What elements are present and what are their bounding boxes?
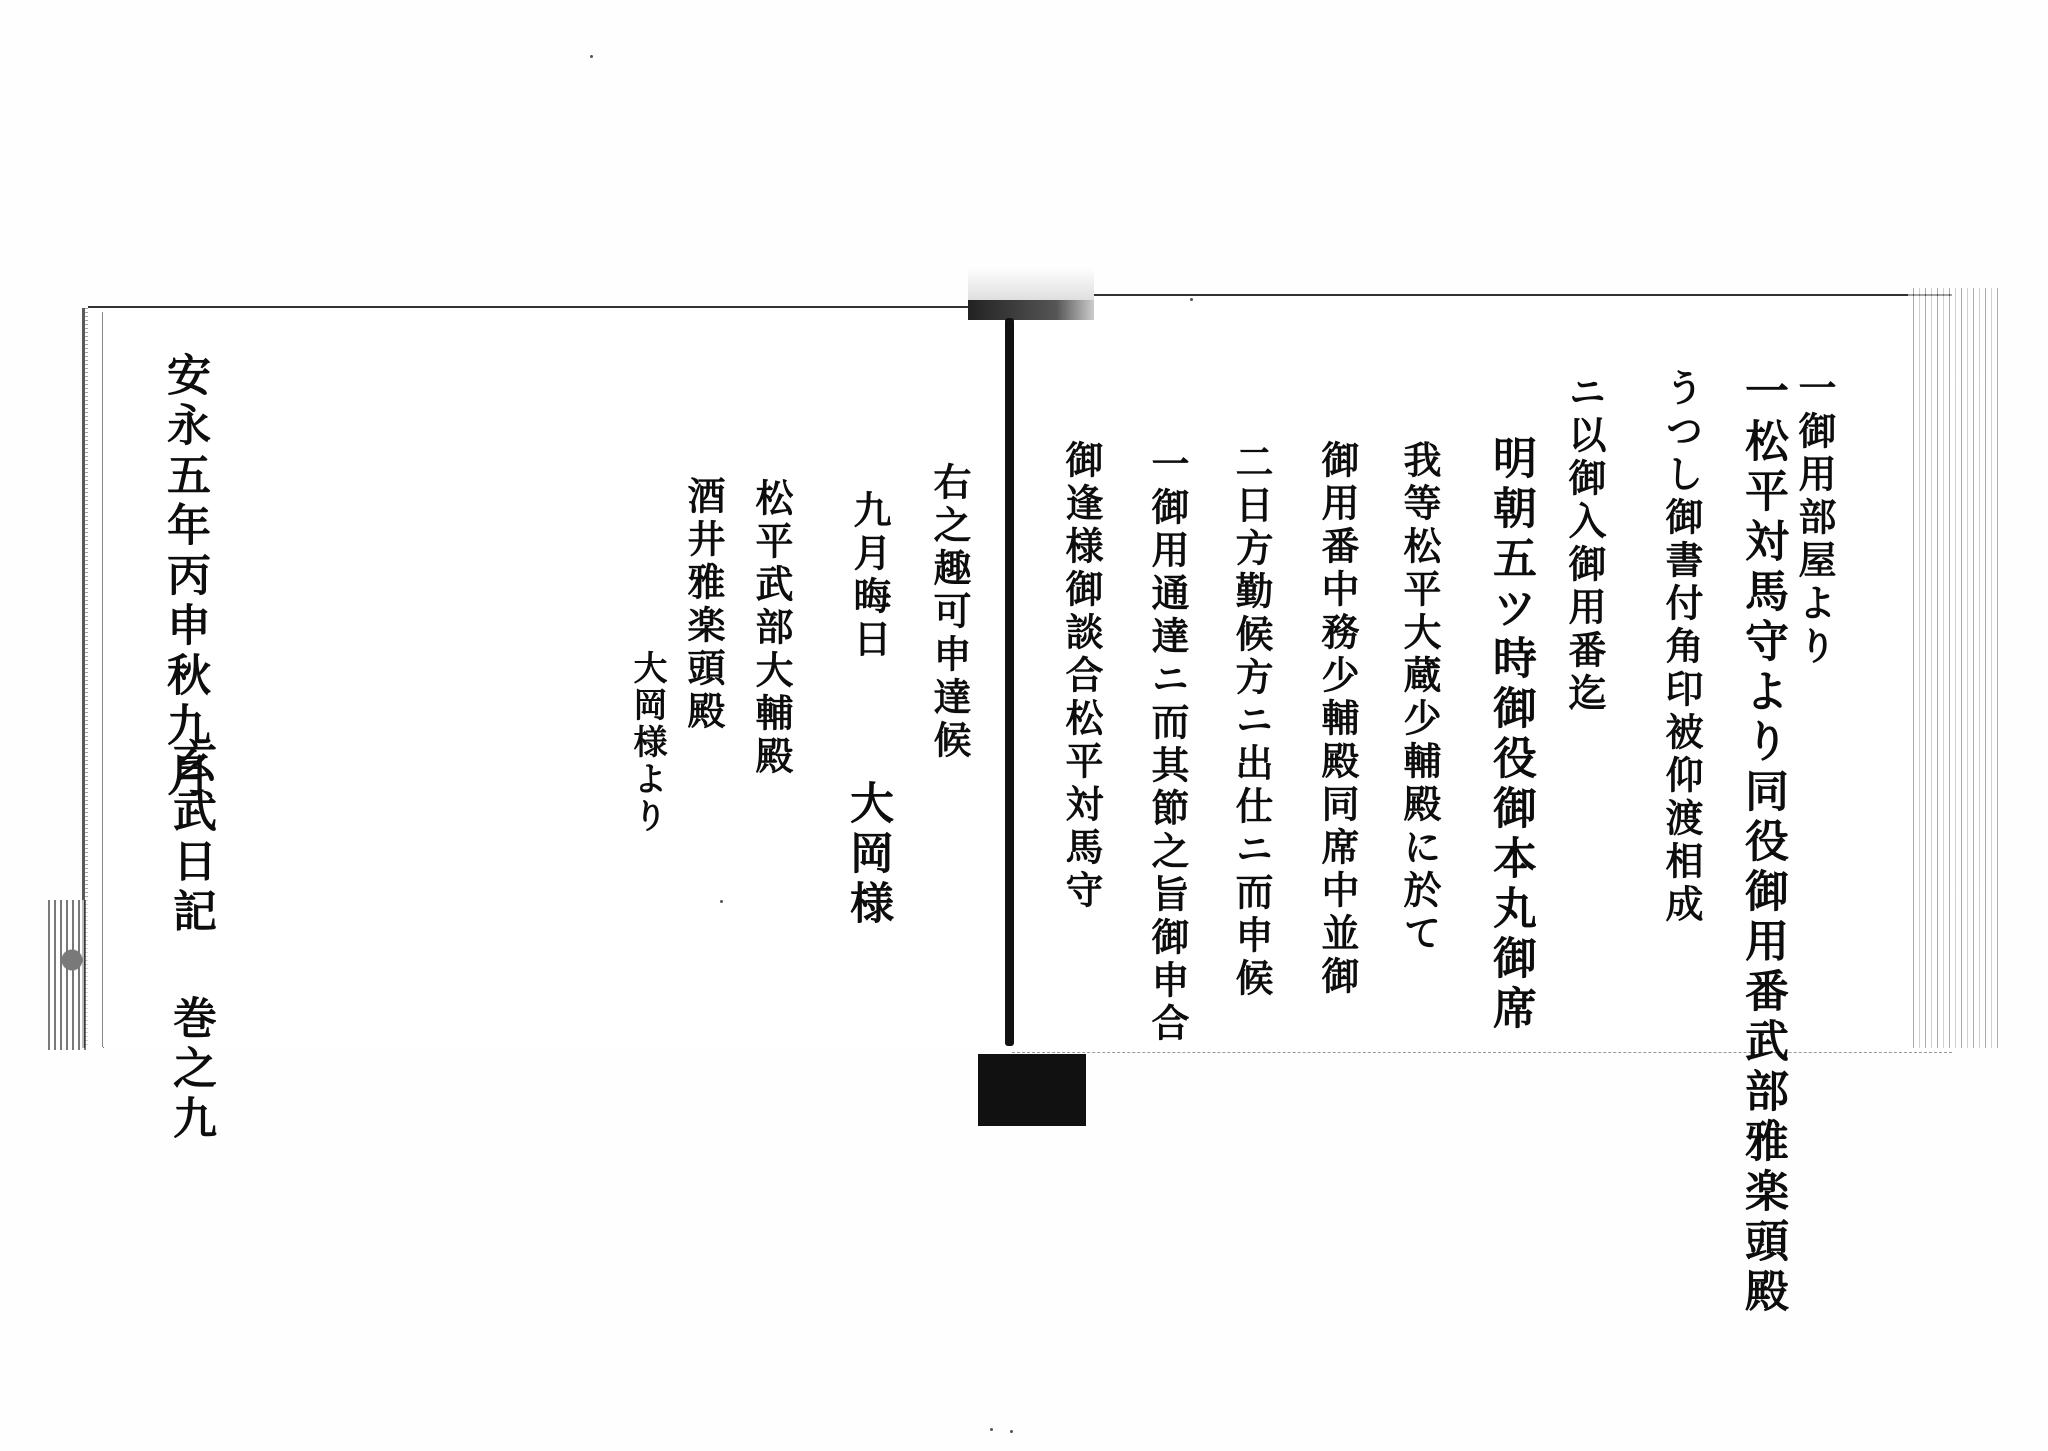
binding-bottom-block — [978, 1054, 1086, 1126]
scan-speck — [1010, 1430, 1013, 1433]
binding-top — [968, 300, 1094, 320]
left-page — [88, 306, 1008, 1046]
left-col-3-addressee: 松平武部大輔殿 — [752, 478, 790, 779]
right-col-2: 一松平対馬守より同役御用番武部雅楽頭殿 — [1740, 368, 1784, 1318]
left-col-2-date: 九月晦日 — [850, 490, 888, 662]
left-col-5-sender: 大岡様より — [630, 650, 664, 835]
colophon-title: 玄武日記 巻之九 — [168, 738, 212, 1145]
right-col-7: 御用番中務少輔殿同席中並御 — [1318, 440, 1356, 999]
left-page-torn-corner — [48, 900, 88, 1050]
right-col-10: 御逢様御談合松平対馬守 — [1062, 440, 1100, 913]
right-col-5: 明朝五ツ時御役御本丸御席 — [1488, 435, 1532, 1035]
scan-speck — [720, 900, 723, 903]
left-col-4-addressee: 酒井雅楽頭殿 — [684, 476, 722, 734]
left-page-inner-rule — [102, 312, 103, 1047]
left-col-2-signature: 大岡様 — [845, 780, 889, 930]
right-col-8: 二日方勤候方ニ出仕ニ而申候 — [1232, 442, 1270, 1001]
right-col-9: 一御用通達ニ而其節之旨御申合 — [1148, 444, 1186, 1046]
right-col-6: 我等松平大蔵少輔殿に於て — [1400, 440, 1438, 956]
scan-speck — [1190, 298, 1193, 301]
scan-speck — [590, 55, 593, 58]
right-col-4: ニ以御入御用番迄 — [1565, 372, 1603, 716]
colophon-date: 安永五年丙申秋九月 — [162, 352, 206, 802]
left-col-1: 右之趣可申達候 — [930, 462, 968, 763]
scan-speck — [990, 1428, 993, 1431]
binding-spine — [1005, 318, 1014, 1046]
right-col-1: 一御用部屋より — [1795, 368, 1833, 669]
right-page-fore-edge — [1908, 288, 2000, 1048]
binding-top-shadow — [968, 266, 1094, 302]
right-col-3: うつし御書付角印被仰渡相成 — [1662, 368, 1700, 927]
